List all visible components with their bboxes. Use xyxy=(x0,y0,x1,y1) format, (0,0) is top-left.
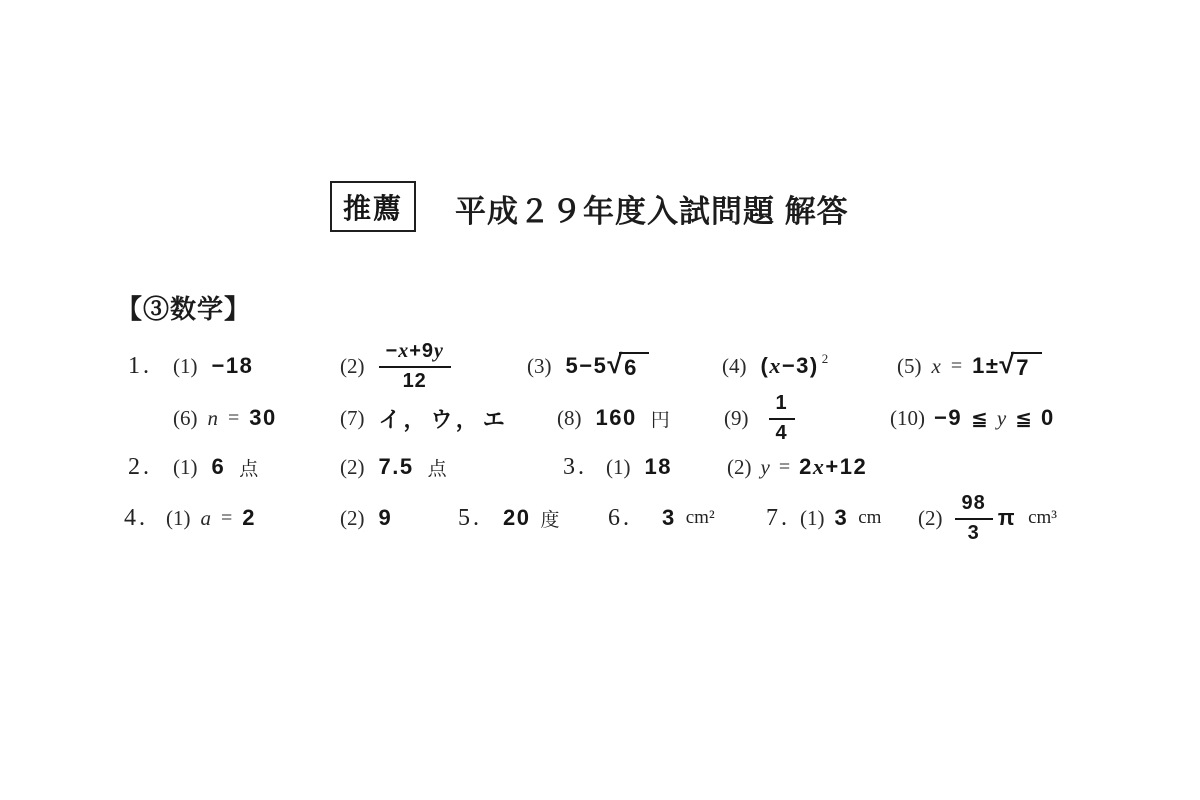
variable: y xyxy=(434,340,444,362)
answer-text: 30 xyxy=(249,405,276,431)
problem-number: (1) xyxy=(606,455,631,480)
variable: x xyxy=(769,353,782,378)
answer-part: ( xyxy=(761,353,770,378)
problem-number: (8) xyxy=(557,406,582,431)
less-equal-sign: ≦ xyxy=(1015,406,1032,430)
answer-text: 9 xyxy=(379,505,393,531)
unit-label: cm³ xyxy=(1028,507,1057,529)
answer-part: +9 xyxy=(409,340,434,362)
answer-item-4-2: (2) 9 xyxy=(340,492,392,544)
fraction-numerator: 1 xyxy=(769,392,795,420)
problem-number: (2) xyxy=(340,354,365,379)
answer-item-1-2: (2) −x+9y 12 xyxy=(340,340,451,392)
unit-label: cm² xyxy=(686,507,715,529)
fraction: 98 3 xyxy=(955,492,993,545)
answer-part: − xyxy=(386,340,399,362)
problem-number: (5) xyxy=(897,354,922,379)
radicand: 7 xyxy=(1011,352,1041,381)
variable: x xyxy=(813,454,826,479)
problem-number: (2) xyxy=(727,455,752,480)
variable: n xyxy=(208,406,219,431)
answer-item-5: 20 度 xyxy=(503,492,560,544)
question-label-3: 3. xyxy=(563,441,587,493)
unit-label: 円 xyxy=(651,405,670,432)
radical-sign: √ xyxy=(999,351,1014,378)
recommendation-badge: 推薦 xyxy=(330,181,416,232)
answer-part: −3) xyxy=(782,353,819,378)
fraction: −x+9y 12 xyxy=(379,340,451,393)
answer-item-1-6: (6) n = 30 xyxy=(173,392,277,444)
radicand: 6 xyxy=(619,352,649,381)
pi-symbol: π xyxy=(998,505,1016,531)
sqrt-expression: √7 xyxy=(999,352,1041,381)
fraction-numerator: 98 xyxy=(955,492,993,520)
superscript: 2 xyxy=(822,351,830,367)
fraction-denominator: 12 xyxy=(403,368,427,393)
question-label-5: 5. xyxy=(458,492,482,544)
answer-text: −9 xyxy=(934,405,962,431)
answer-item-1-1: (1) −18 xyxy=(173,340,253,392)
answer-expression: 5−5 √6 xyxy=(566,352,650,381)
answer-item-1-7: (7) イ，ウ，エ xyxy=(340,392,510,444)
problem-number: (1) xyxy=(173,354,198,379)
answer-text: 3 xyxy=(662,505,676,531)
problem-number: (9) xyxy=(724,406,749,431)
answer-item-7-2: (2) 98 3 π cm³ xyxy=(918,492,1057,544)
problem-number: (1) xyxy=(800,506,825,531)
answer-text: 18 xyxy=(645,454,672,480)
answer-item-1-9: (9) 1 4 xyxy=(724,392,795,444)
answer-item-1-8: (8) 160 円 xyxy=(557,392,670,444)
answer-item-6: 3 cm² xyxy=(662,492,715,544)
variable: y xyxy=(761,455,770,480)
less-equal-sign: ≦ xyxy=(971,406,988,430)
answer-item-1-4: (4) (x−3)2 xyxy=(722,340,830,392)
equals-sign: = xyxy=(779,456,790,479)
equals-sign: = xyxy=(228,407,239,430)
question-label-4: 4. xyxy=(124,492,148,544)
problem-number: (2) xyxy=(340,506,365,531)
unit-label: cm xyxy=(858,507,881,529)
answer-item-4-1: (1) a = 2 xyxy=(166,492,256,544)
answer-text: 2 xyxy=(242,505,256,531)
document-page: 推薦 平成２９年度入試問題 解答 【③数学】 1. (1) −18 (2) −x… xyxy=(0,0,1200,800)
answer-item-7-1: (1) 3 cm xyxy=(800,492,881,544)
question-label-1: 1. xyxy=(128,340,152,392)
answer-text: 5−5 xyxy=(566,353,608,379)
answer-item-2-2: (2) 7.5 点 xyxy=(340,441,447,493)
problem-number: (1) xyxy=(173,455,198,480)
variable: x xyxy=(398,340,409,362)
answer-text: −18 xyxy=(212,353,254,379)
answer-text: イ，ウ，エ xyxy=(379,403,510,434)
fraction: 1 4 xyxy=(769,392,795,445)
variable: y xyxy=(997,406,1006,431)
answer-part: +12 xyxy=(825,454,867,479)
question-label-7: 7. xyxy=(766,492,790,544)
variable: a xyxy=(201,506,212,531)
answer-text: 0 xyxy=(1041,405,1055,431)
fraction-denominator: 3 xyxy=(968,520,980,545)
sqrt-expression: √6 xyxy=(607,352,649,381)
answer-expression: 98 3 π xyxy=(955,492,1017,545)
problem-number: (1) xyxy=(166,506,191,531)
answer-text: 160 xyxy=(596,405,637,431)
answer-expression: (x−3)2 xyxy=(761,353,830,379)
answer-text: 1± xyxy=(972,353,999,379)
equals-sign: = xyxy=(951,355,962,378)
answer-item-1-3: (3) 5−5 √6 xyxy=(527,340,649,392)
unit-label: 点 xyxy=(428,454,447,481)
fraction-numerator: −x+9y xyxy=(379,340,451,368)
unit-label: 点 xyxy=(239,454,258,481)
variable: x xyxy=(932,354,941,379)
section-title: 【③数学】 xyxy=(116,289,251,326)
problem-number: (10) xyxy=(890,406,925,431)
problem-number: (2) xyxy=(340,455,365,480)
answer-item-2-1: (1) 6 点 xyxy=(173,441,258,493)
answer-item-3-1: (1) 18 xyxy=(606,441,672,493)
answer-expression: 1± √7 xyxy=(972,352,1041,381)
radical-sign: √ xyxy=(607,351,622,378)
problem-number: (7) xyxy=(340,406,365,431)
page-title: 平成２９年度入試問題 解答 xyxy=(455,186,849,230)
answer-text: 20 xyxy=(503,505,530,531)
answer-item-1-10: (10) −9 ≦ y ≦ 0 xyxy=(890,392,1055,444)
answer-item-1-5: (5) x = 1± √7 xyxy=(897,340,1042,392)
question-label-6: 6. xyxy=(608,492,632,544)
problem-number: (4) xyxy=(722,354,747,379)
unit-label: 度 xyxy=(540,505,559,532)
problem-number: (6) xyxy=(173,406,198,431)
problem-number: (2) xyxy=(918,506,943,531)
answer-part: 2 xyxy=(799,454,813,479)
answer-text: 7.5 xyxy=(379,454,414,480)
problem-number: (3) xyxy=(527,354,552,379)
question-label-2: 2. xyxy=(128,441,152,493)
equals-sign: = xyxy=(221,507,232,530)
answer-expression: 2x+12 xyxy=(799,454,867,480)
answer-item-3-2: (2) y = 2x+12 xyxy=(727,441,867,493)
answer-text: 3 xyxy=(835,505,849,531)
answer-text: 6 xyxy=(212,454,226,480)
